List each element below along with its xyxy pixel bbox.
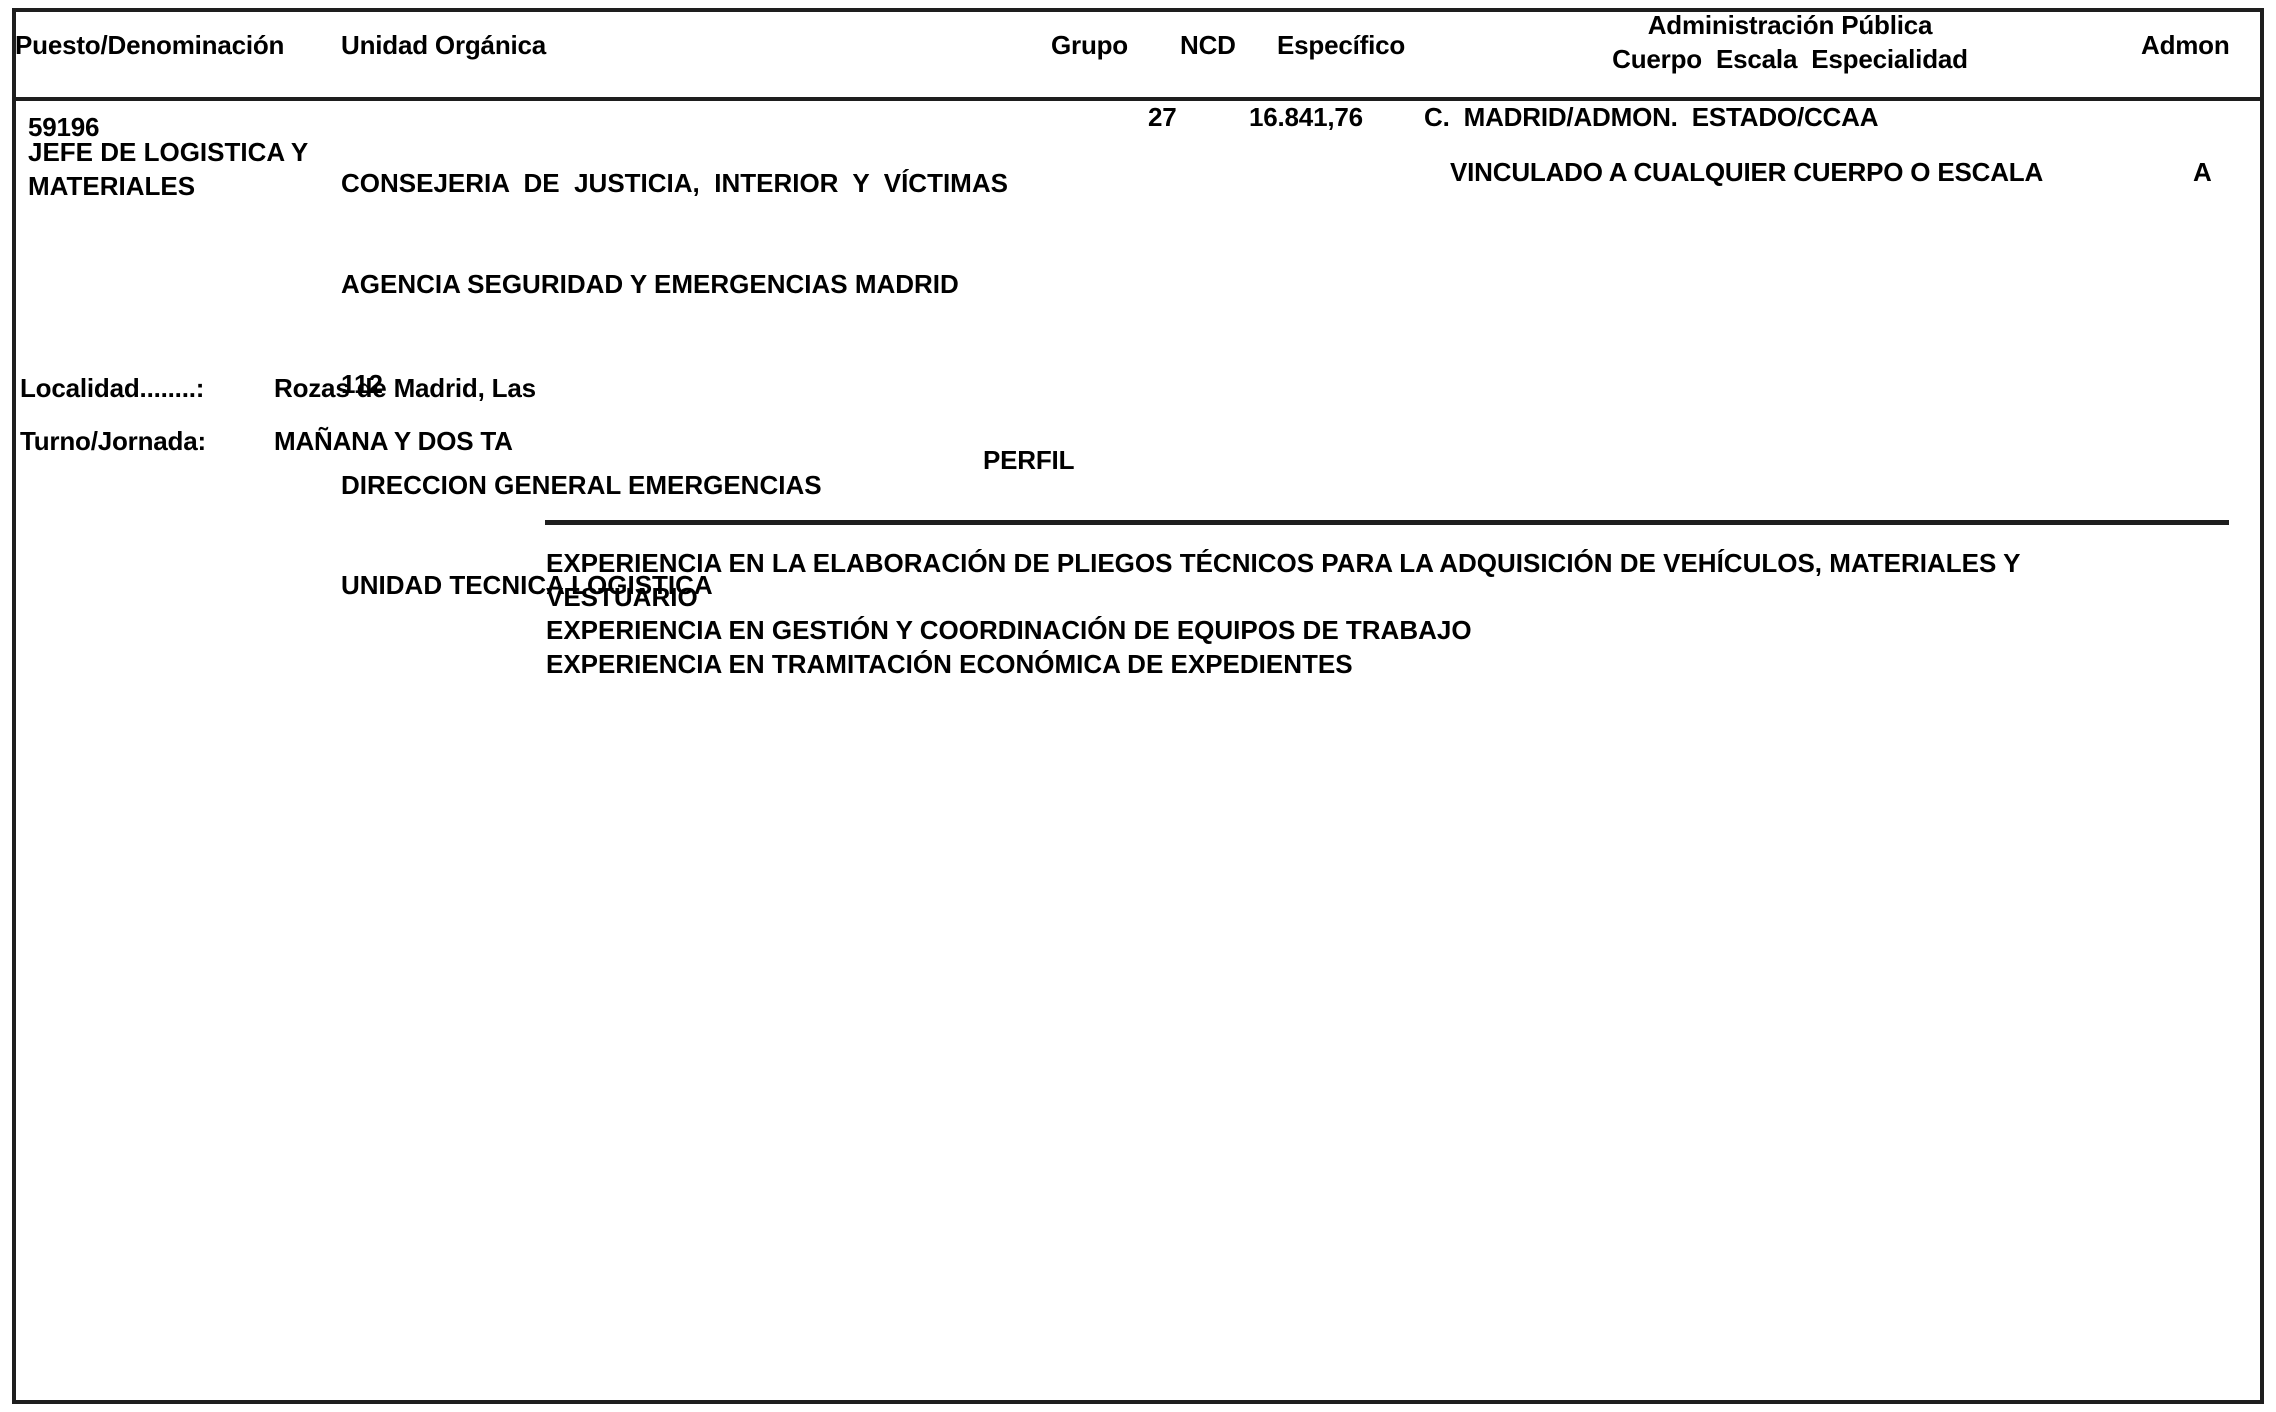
header-especifico: Específico: [1277, 30, 1405, 60]
header-puesto: Puesto/Denominación: [15, 30, 284, 60]
header-administracion-publica: Administración Pública: [1540, 10, 2040, 40]
unidad-line: CONSEJERIA DE JUSTICIA, INTERIOR Y VÍCTI…: [341, 167, 1008, 201]
denominacion-line: JEFE DE LOGISTICA Y: [28, 136, 308, 170]
localidad-value: Rozas de Madrid, Las: [274, 373, 536, 403]
perfil-divider: [545, 520, 2229, 525]
perfil-requirements: EXPERIENCIA EN LA ELABORACIÓN DE PLIEGOS…: [546, 547, 2020, 681]
perfil-line: EXPERIENCIA EN TRAMITACIÓN ECONÓMICA DE …: [546, 648, 2020, 682]
ncd-value: 27: [1148, 102, 1177, 132]
unidad-line: DIRECCION GENERAL EMERGENCIAS: [341, 469, 1008, 503]
perfil-line: EXPERIENCIA EN GESTIÓN Y COORDINACIÓN DE…: [546, 614, 2020, 648]
perfil-line: EXPERIENCIA EN LA ELABORACIÓN DE PLIEGOS…: [546, 547, 2020, 581]
cuerpo-escala-value: VINCULADO A CUALQUIER CUERPO O ESCALA: [1450, 157, 2043, 187]
turno-label: Turno/Jornada:: [20, 426, 206, 456]
header-admon: Admon: [2141, 30, 2230, 60]
unidad-line: AGENCIA SEGURIDAD Y EMERGENCIAS MADRID: [341, 268, 1008, 302]
admin-publica-value: C. MADRID/ADMON. ESTADO/CCAA: [1424, 102, 1878, 132]
turno-value: MAÑANA Y DOS TA: [274, 426, 513, 456]
localidad-label: Localidad........:: [20, 373, 204, 403]
admon-value: A: [2193, 157, 2212, 187]
header-unidad-organica: Unidad Orgánica: [341, 30, 546, 60]
puesto-denominacion: JEFE DE LOGISTICA Y MATERIALES: [28, 136, 308, 203]
especifico-value: 16.841,76: [1249, 102, 1363, 132]
perfil-line: VESTUARIO: [546, 581, 2020, 615]
header-cuerpo-escala-especialidad: Cuerpo Escala Especialidad: [1540, 44, 2040, 74]
denominacion-line: MATERIALES: [28, 170, 308, 204]
header-grupo: Grupo: [1051, 30, 1128, 60]
header-ncd: NCD: [1180, 30, 1236, 60]
perfil-title: PERFIL: [983, 445, 1074, 475]
